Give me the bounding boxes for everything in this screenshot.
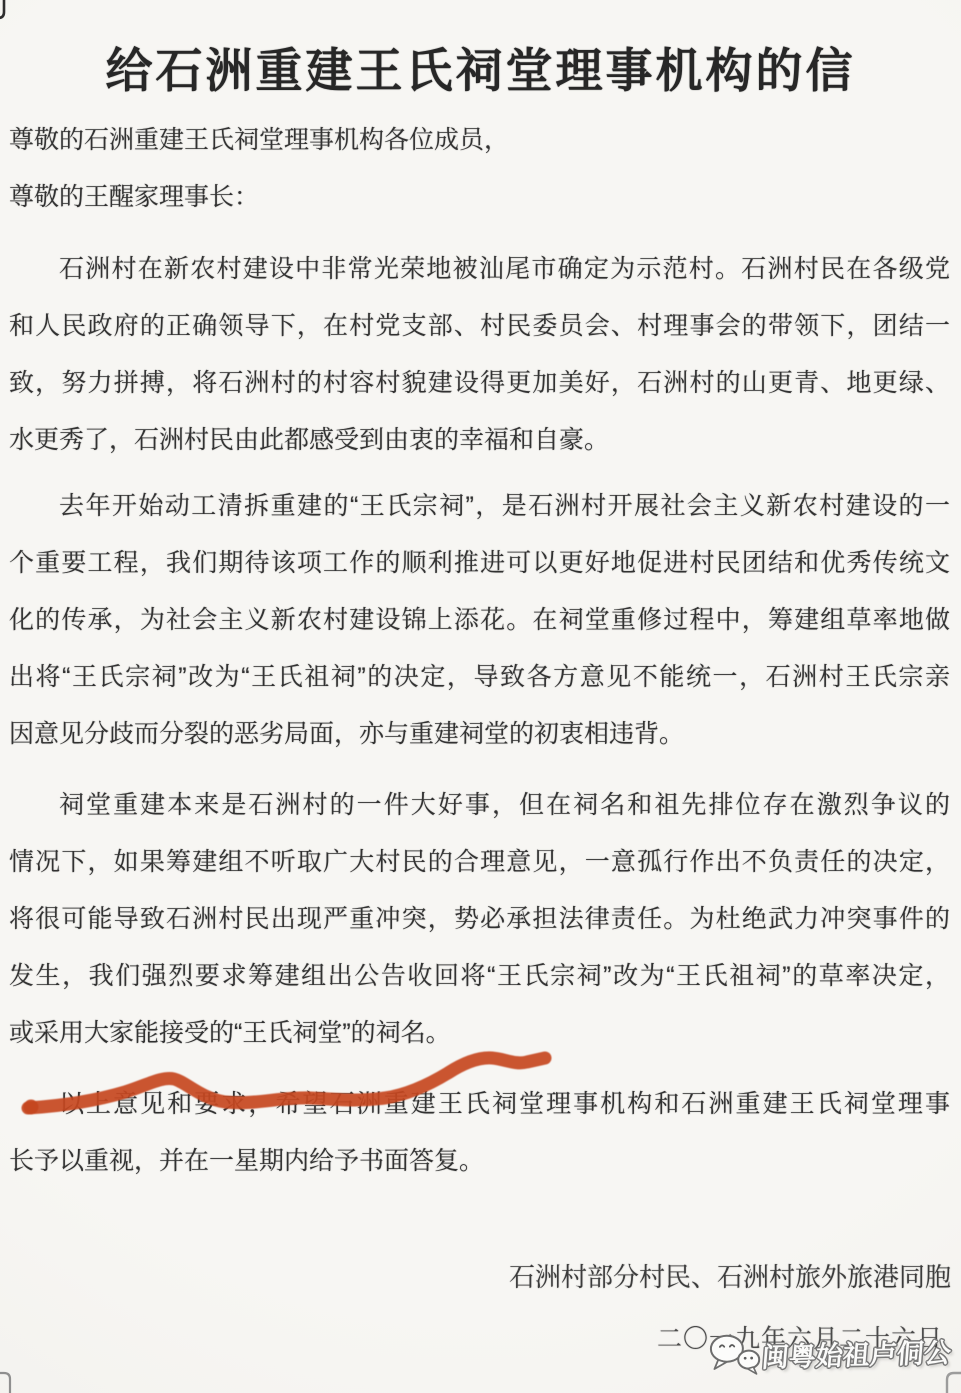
letter-line: 发生，我们强烈要求筹建组出公告收回将“王氏宗祠”改为“王氏祖祠”的草率决定， [9, 948, 950, 1005]
letter-line: 长予以重视，并在一星期内给予书面答复。 [9, 1133, 950, 1190]
top-left-corner-mark [0, 0, 4, 18]
letter-line: 情况下，如果筹建组不听取广大村民的合理意见，一意孤行作出不负责任的决定， [9, 834, 950, 891]
letter-line: 致，努力拼搏，将石洲村的村容村貌建设得更加美好，石洲村的山更青、地更绿、 [9, 355, 950, 412]
letter-line: 因意见分歧而分裂的恶劣局面，亦与重建祠堂的初衷相违背。 [9, 706, 950, 763]
paragraph: 石洲村在新农村建设中非常光荣地被汕尾市确定为示范村。石洲村民在各级党 和人民政府… [9, 241, 950, 469]
letter-line: 或采用大家能接受的“王氏祠堂”的祠名。 [9, 1005, 950, 1062]
paragraph: 以上意见和要求，希望石洲重建王氏祠堂理事机构和石洲重建王氏祠堂理事 长予以重视，… [9, 1076, 950, 1190]
letter-line: 石洲村在新农村建设中非常光荣地被汕尾市确定为示范村。石洲村民在各级党 [9, 241, 950, 298]
watermark-text: 闽粤始祖卢侗公 [761, 1331, 953, 1375]
letter-line: 和人民政府的正确领导下，在村党支部、村民委员会、村理事会的带领下，团结一 [9, 298, 950, 355]
bottom-left-corner-mark [0, 1373, 10, 1393]
paragraph: 祠堂重建本来是石洲村的一件大好事，但在祠名和祖先排位存在激烈争议的 情况下，如果… [9, 777, 950, 1062]
letter-line: 祠堂重建本来是石洲村的一件大好事，但在祠名和祖先排位存在激烈争议的 [9, 777, 950, 834]
letter-document: 给石洲重建王氏祠堂理事机构的信 尊敬的石洲重建王氏祠堂理事机构各位成员， 尊敬的… [0, 0, 961, 1393]
paragraph: 去年开始动工清拆重建的“王氏宗祠”，是石洲村开展社会主义新农村建设的一 个重要工… [9, 478, 950, 763]
letter-line: 去年开始动工清拆重建的“王氏宗祠”，是石洲村开展社会主义新农村建设的一 [9, 478, 950, 535]
salutation-line: 尊敬的王醒家理事长： [9, 169, 950, 226]
letter-line: 水更秀了，石洲村民由此都感受到由衷的幸福和自豪。 [9, 412, 950, 469]
letter-title: 给石洲重建王氏祠堂理事机构的信 [0, 34, 961, 101]
letter-line: 将很可能导致石洲村民出现严重冲突，势必承担法律责任。为杜绝武力冲突事件的 [9, 891, 950, 948]
salutation-line: 尊敬的石洲重建王氏祠堂理事机构各位成员， [9, 112, 950, 169]
letter-line: 以上意见和要求，希望石洲重建王氏祠堂理事机构和石洲重建王氏祠堂理事 [9, 1076, 950, 1133]
bottom-right-corner-mark [947, 1373, 961, 1393]
letter-line: 化的传承，为社会主义新农村建设锦上添花。在祠堂重修过程中，筹建组草率地做 [9, 592, 950, 649]
letter-signature: 石洲村部分村民、石洲村旅外旅港同胞 [509, 1249, 951, 1306]
letter-line: 个重要工程，我们期待该项工作的顺利推进可以更好地促进村民团结和优秀传统文 [9, 535, 950, 592]
letter-line: 出将“王氏宗祠”改为“王氏祖祠”的决定，导致各方意见不能统一，石洲村王氏宗亲 [9, 649, 950, 706]
wechat-bubbles-icon [705, 1332, 762, 1377]
letter-body: 尊敬的石洲重建王氏祠堂理事机构各位成员， 尊敬的王醒家理事长： 石洲村在新农村建… [9, 112, 950, 1190]
watermark: 闽粤始祖卢侗公 [699, 1321, 960, 1382]
